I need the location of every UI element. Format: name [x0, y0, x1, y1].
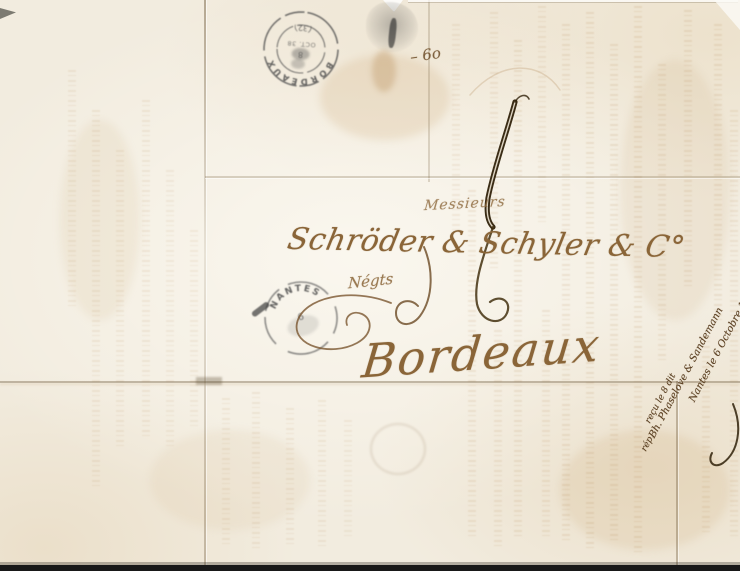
bordeaux-date-rest: OCT. 38: [287, 39, 316, 49]
bleedthrough-curl: [470, 68, 560, 95]
bordeaux-datestamp: BORDEAUX (32) 8 OCT. 38: [261, 10, 340, 89]
svg-text:(32): (32): [291, 22, 313, 34]
nantes-smudge: [285, 312, 321, 340]
letter-cover-scan: BORDEAUX (32) 8 OCT. 38 NANTES 6: [0, 0, 740, 571]
bordeaux-department-text: (32): [291, 22, 313, 34]
docket-flourish: [710, 404, 738, 465]
nantes-edge-blot: [254, 305, 268, 313]
